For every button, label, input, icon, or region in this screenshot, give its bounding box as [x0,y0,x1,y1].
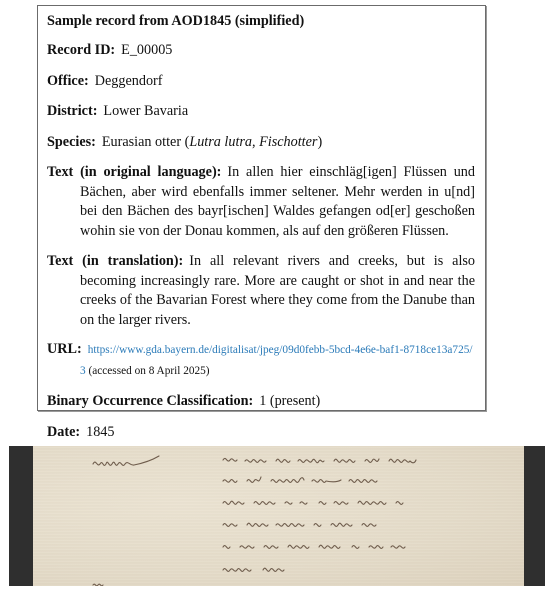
species-german: Fischotter [259,134,317,150]
species-latin: Lutra lutra [189,134,252,150]
date-value: 1845 [86,424,114,440]
field-text-original: Text (in original language):In allen hie… [47,163,475,241]
classification-label: Binary Occurrence Classification: [47,393,253,409]
field-office: Office:Deggendorf [47,72,475,92]
record-id-label: Record ID: [47,42,115,58]
field-text-translation: Text (in translation):In all relevant ri… [47,252,475,330]
field-url: URL:https://www.gda.bayern.de/digitalisa… [47,339,475,381]
field-record-id: Record ID:E_00005 [47,41,475,61]
record-box: Sample record from AOD1845 (simplified) … [37,5,486,411]
species-common: Eurasian otter ( [102,134,189,150]
url-accessed-note: (accessed on 8 April 2025) [86,365,210,377]
district-label: District: [47,103,97,119]
date-label: Date: [47,424,80,440]
classification-value: 1 (present) [259,393,320,409]
district-value: Lower Bavaria [103,103,188,119]
record-id-value: E_00005 [121,42,172,58]
office-label: Office: [47,73,89,89]
office-value: Deggendorf [95,73,163,89]
text-original-label: Text (in original language): [47,164,221,180]
species-close: ) [317,134,322,150]
url-label: URL: [47,341,82,357]
field-species: Species:Eurasian otter (Lutra lutra, Fis… [47,133,475,153]
field-district: District:Lower Bavaria [47,102,475,122]
manuscript-image [9,446,545,586]
text-translation-label: Text (in translation): [47,253,183,269]
field-classification: Binary Occurrence Classification:1 (pres… [47,392,475,412]
species-label: Species: [47,134,96,150]
field-date: Date:1845 [47,423,475,443]
handwriting-strokes [33,446,524,586]
record-title: Sample record from AOD1845 (simplified) [47,12,475,30]
manuscript-paper [33,446,524,586]
